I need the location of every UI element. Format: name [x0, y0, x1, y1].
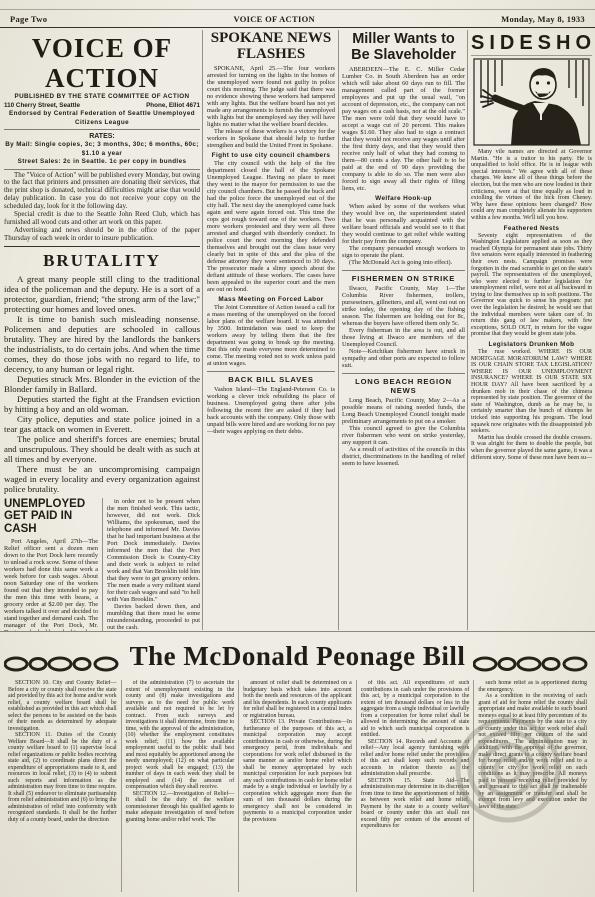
- embossed-stamp-icon: [448, 710, 568, 830]
- headline-line: UNEMPLOYED: [4, 498, 98, 511]
- article-paragraph: Ilwaco, Pacific County, May 1—The Columb…: [342, 285, 465, 327]
- section-mcdonald-peonage-bill: The McDonald Peonage Bill SECTION 10. Ci…: [0, 631, 595, 897]
- headline-line: GET PAID IN CASH: [4, 510, 98, 535]
- barker-cartoon-woodcut: [473, 58, 590, 146]
- legal-paragraph: amount of relief shall be determined on …: [243, 680, 352, 719]
- masthead: VOICE OF ACTION PUBLISHED BY THE STATE C…: [4, 33, 200, 247]
- mcdonald-column-1: SECTION 10. City and County Relief—Befor…: [4, 680, 121, 892]
- legal-paragraph: SECTION 11. Duties of the County Welfare…: [8, 732, 117, 823]
- column-rule: [467, 30, 468, 630]
- divider: [4, 169, 200, 170]
- unemployed-headline: UNEMPLOYED GET PAID IN CASH: [4, 498, 98, 536]
- subhead-fishermen-on-strike: FISHERMEN ON STRIKE: [342, 270, 465, 283]
- legal-paragraph: of the administration (7) to ascertain t…: [126, 680, 235, 791]
- masthead-title: VOICE OF ACTION: [4, 33, 200, 93]
- article-paragraph: (The McDonald Act is going into effect).: [342, 259, 465, 266]
- masthead-address-row: 110 Cherry Street, Seattle Phone, Elliot…: [4, 102, 200, 111]
- sideshow-headline: SIDESHOW: [471, 31, 592, 56]
- article-unemployed-paid-cash: UNEMPLOYED GET PAID IN CASH Port Angeles…: [4, 498, 200, 631]
- mcdonald-column-3: amount of relief shall be determined on …: [238, 680, 356, 892]
- divider: [4, 129, 200, 130]
- issue-date: Monday, May 8, 1933: [501, 14, 585, 24]
- legal-paragraph: such home relief as is apportioned durin…: [478, 680, 587, 693]
- article-paragraph: The company persuaded enough workers to …: [342, 245, 465, 259]
- newspaper-page: Page Two VOICE OF ACTION Monday, May 8, …: [0, 0, 595, 897]
- article-paragraph: Seventy eight representatives of the Was…: [471, 233, 592, 339]
- article-paragraph: A great many people still cling to the t…: [4, 274, 200, 314]
- masthead-notice: Advertising and news should be in the of…: [4, 227, 200, 243]
- unemployed-right-column: in order not to be present when the men …: [102, 498, 200, 631]
- page-number: Page Two: [10, 14, 47, 24]
- column-rule: [338, 30, 339, 630]
- article-paragraph: Deputies struck Mrs. Blonder in the evic…: [4, 374, 200, 394]
- unemployed-left-column: UNEMPLOYED GET PAID IN CASH Port Angeles…: [4, 498, 102, 631]
- running-head: Page Two VOICE OF ACTION Monday, May 8, …: [0, 5, 595, 28]
- legal-paragraph: SECTION 12.—Investigation of Relief—It s…: [126, 791, 235, 824]
- paper-title-small: VOICE OF ACTION: [233, 14, 314, 24]
- legal-paragraph: SECTION 10. City and County Relief—Befor…: [8, 680, 117, 732]
- article-paragraph: It is time to banish such misleading non…: [4, 314, 200, 374]
- headline-line: FLASHES: [207, 47, 335, 63]
- headline-line: Miller Wants to: [342, 31, 465, 47]
- article-paragraph: This council agreed to give the Columbia…: [342, 425, 465, 446]
- miller-headline: Miller Wants to Be Slaveholder: [342, 31, 465, 63]
- chain-links-icon: [473, 654, 591, 674]
- divider: [4, 246, 200, 247]
- masthead-notice: The "Voice of Action" will be published …: [4, 172, 200, 212]
- article-paragraph: Deputies started the fight at the Frands…: [4, 394, 200, 414]
- chain-links-icon: [4, 654, 122, 674]
- article-paragraph: Martin has double crossed the double cro…: [471, 435, 592, 461]
- rates-label: RATES:: [4, 132, 200, 141]
- column-sideshow: SIDESHOW Many vile names ar: [471, 31, 592, 631]
- masthead-endorsed-line: Endorsed by Central Federation of Seattl…: [4, 110, 200, 127]
- subhead: Mass Meeting on Forced Labor: [207, 296, 335, 303]
- article-paragraph: ABERDEEN—The E. C. Miller Cedar Lumber C…: [342, 66, 465, 192]
- article-paragraph: The Joint Committee of Action issued a c…: [207, 304, 335, 367]
- article-paragraph: Vashon Island—The England-Peterson Co. i…: [207, 386, 335, 435]
- subhead-long-beach-news: LONG BEACH REGION NEWS: [342, 373, 465, 395]
- article-paragraph: SPOKANE, April 25.—The four workers arre…: [207, 65, 335, 128]
- article-paragraph: When asked by some of the workers what t…: [342, 203, 465, 245]
- column-masthead-editorial: VOICE OF ACTION PUBLISHED BY THE STATE C…: [4, 31, 200, 631]
- headline-line: Be Slaveholder: [342, 47, 465, 63]
- article-paragraph: Port Angeles, April 27th—The Relief offi…: [4, 538, 98, 631]
- article-paragraph: The police and sheriff's forces are enem…: [4, 434, 200, 464]
- article-paragraph: As a result of activities of the council…: [342, 446, 465, 467]
- masthead-notice: Special credit is due to the Seattle Joh…: [4, 211, 200, 227]
- subhead-back-bill-slaves: BACK BILL SLAVES: [207, 371, 335, 384]
- article-paragraph: Many vile names are directed at Governor…: [471, 149, 592, 222]
- article-paragraph: The ruse worked. WHERE IS OUR MORTGAGE M…: [471, 349, 592, 435]
- rate-street: Street Sales: 2c in Seattle. 1c per copy…: [4, 158, 200, 167]
- column-spokane-news: SPOKANE NEWS FLASHES SPOKANE, April 25.—…: [207, 31, 335, 631]
- article-paragraph: Davies backed down then, and mumbling th…: [107, 603, 200, 631]
- article-brutality: BRUTALITY A great many people still clin…: [4, 251, 200, 494]
- subhead: Fight to use city council chambers: [207, 152, 335, 159]
- article-paragraph: Note—Ketchikan fishermen have struck in …: [342, 348, 465, 369]
- article-paragraph: The city council with the help of the fi…: [207, 160, 335, 293]
- article-paragraph: The release of these workers is a victor…: [207, 128, 335, 149]
- article-paragraph: in order not to be present when the men …: [107, 498, 200, 603]
- legal-paragraph: SECTION 13. Private Contributions—In fur…: [243, 719, 352, 823]
- masthead-phone: Phone, Elliot 4671: [146, 102, 200, 111]
- article-paragraph: City police, deputies and state police j…: [4, 414, 200, 434]
- headline-line: SPOKANE NEWS: [207, 31, 335, 47]
- rate-mail: By Mail: Single copies, 3c; 3 months, 30…: [4, 141, 200, 158]
- subhead: Legislators Drunken Mob: [471, 341, 592, 348]
- article-paragraph: Every fisherman in the area is out, and …: [342, 327, 465, 348]
- masthead-published-line: PUBLISHED BY THE STATE COMMITTEE OF ACTI…: [4, 93, 200, 102]
- article-paragraph: Long Beach, Pacific County, May 2—As a p…: [342, 397, 465, 425]
- article-paragraph: There must be an uncompromising campaign…: [4, 464, 200, 494]
- spokane-headline: SPOKANE NEWS FLASHES: [207, 31, 335, 62]
- column-miller-slaveholder: Miller Wants to Be Slaveholder ABERDEEN—…: [342, 31, 465, 631]
- mcdonald-column-2: of the administration (7) to ascertain t…: [121, 680, 239, 892]
- subhead: Welfare Hook-up: [342, 195, 465, 202]
- masthead-address: 110 Cherry Street, Seattle: [4, 102, 80, 111]
- subhead: Feathered Nests: [471, 225, 592, 232]
- column-rule: [202, 30, 203, 630]
- brutality-headline: BRUTALITY: [4, 251, 200, 271]
